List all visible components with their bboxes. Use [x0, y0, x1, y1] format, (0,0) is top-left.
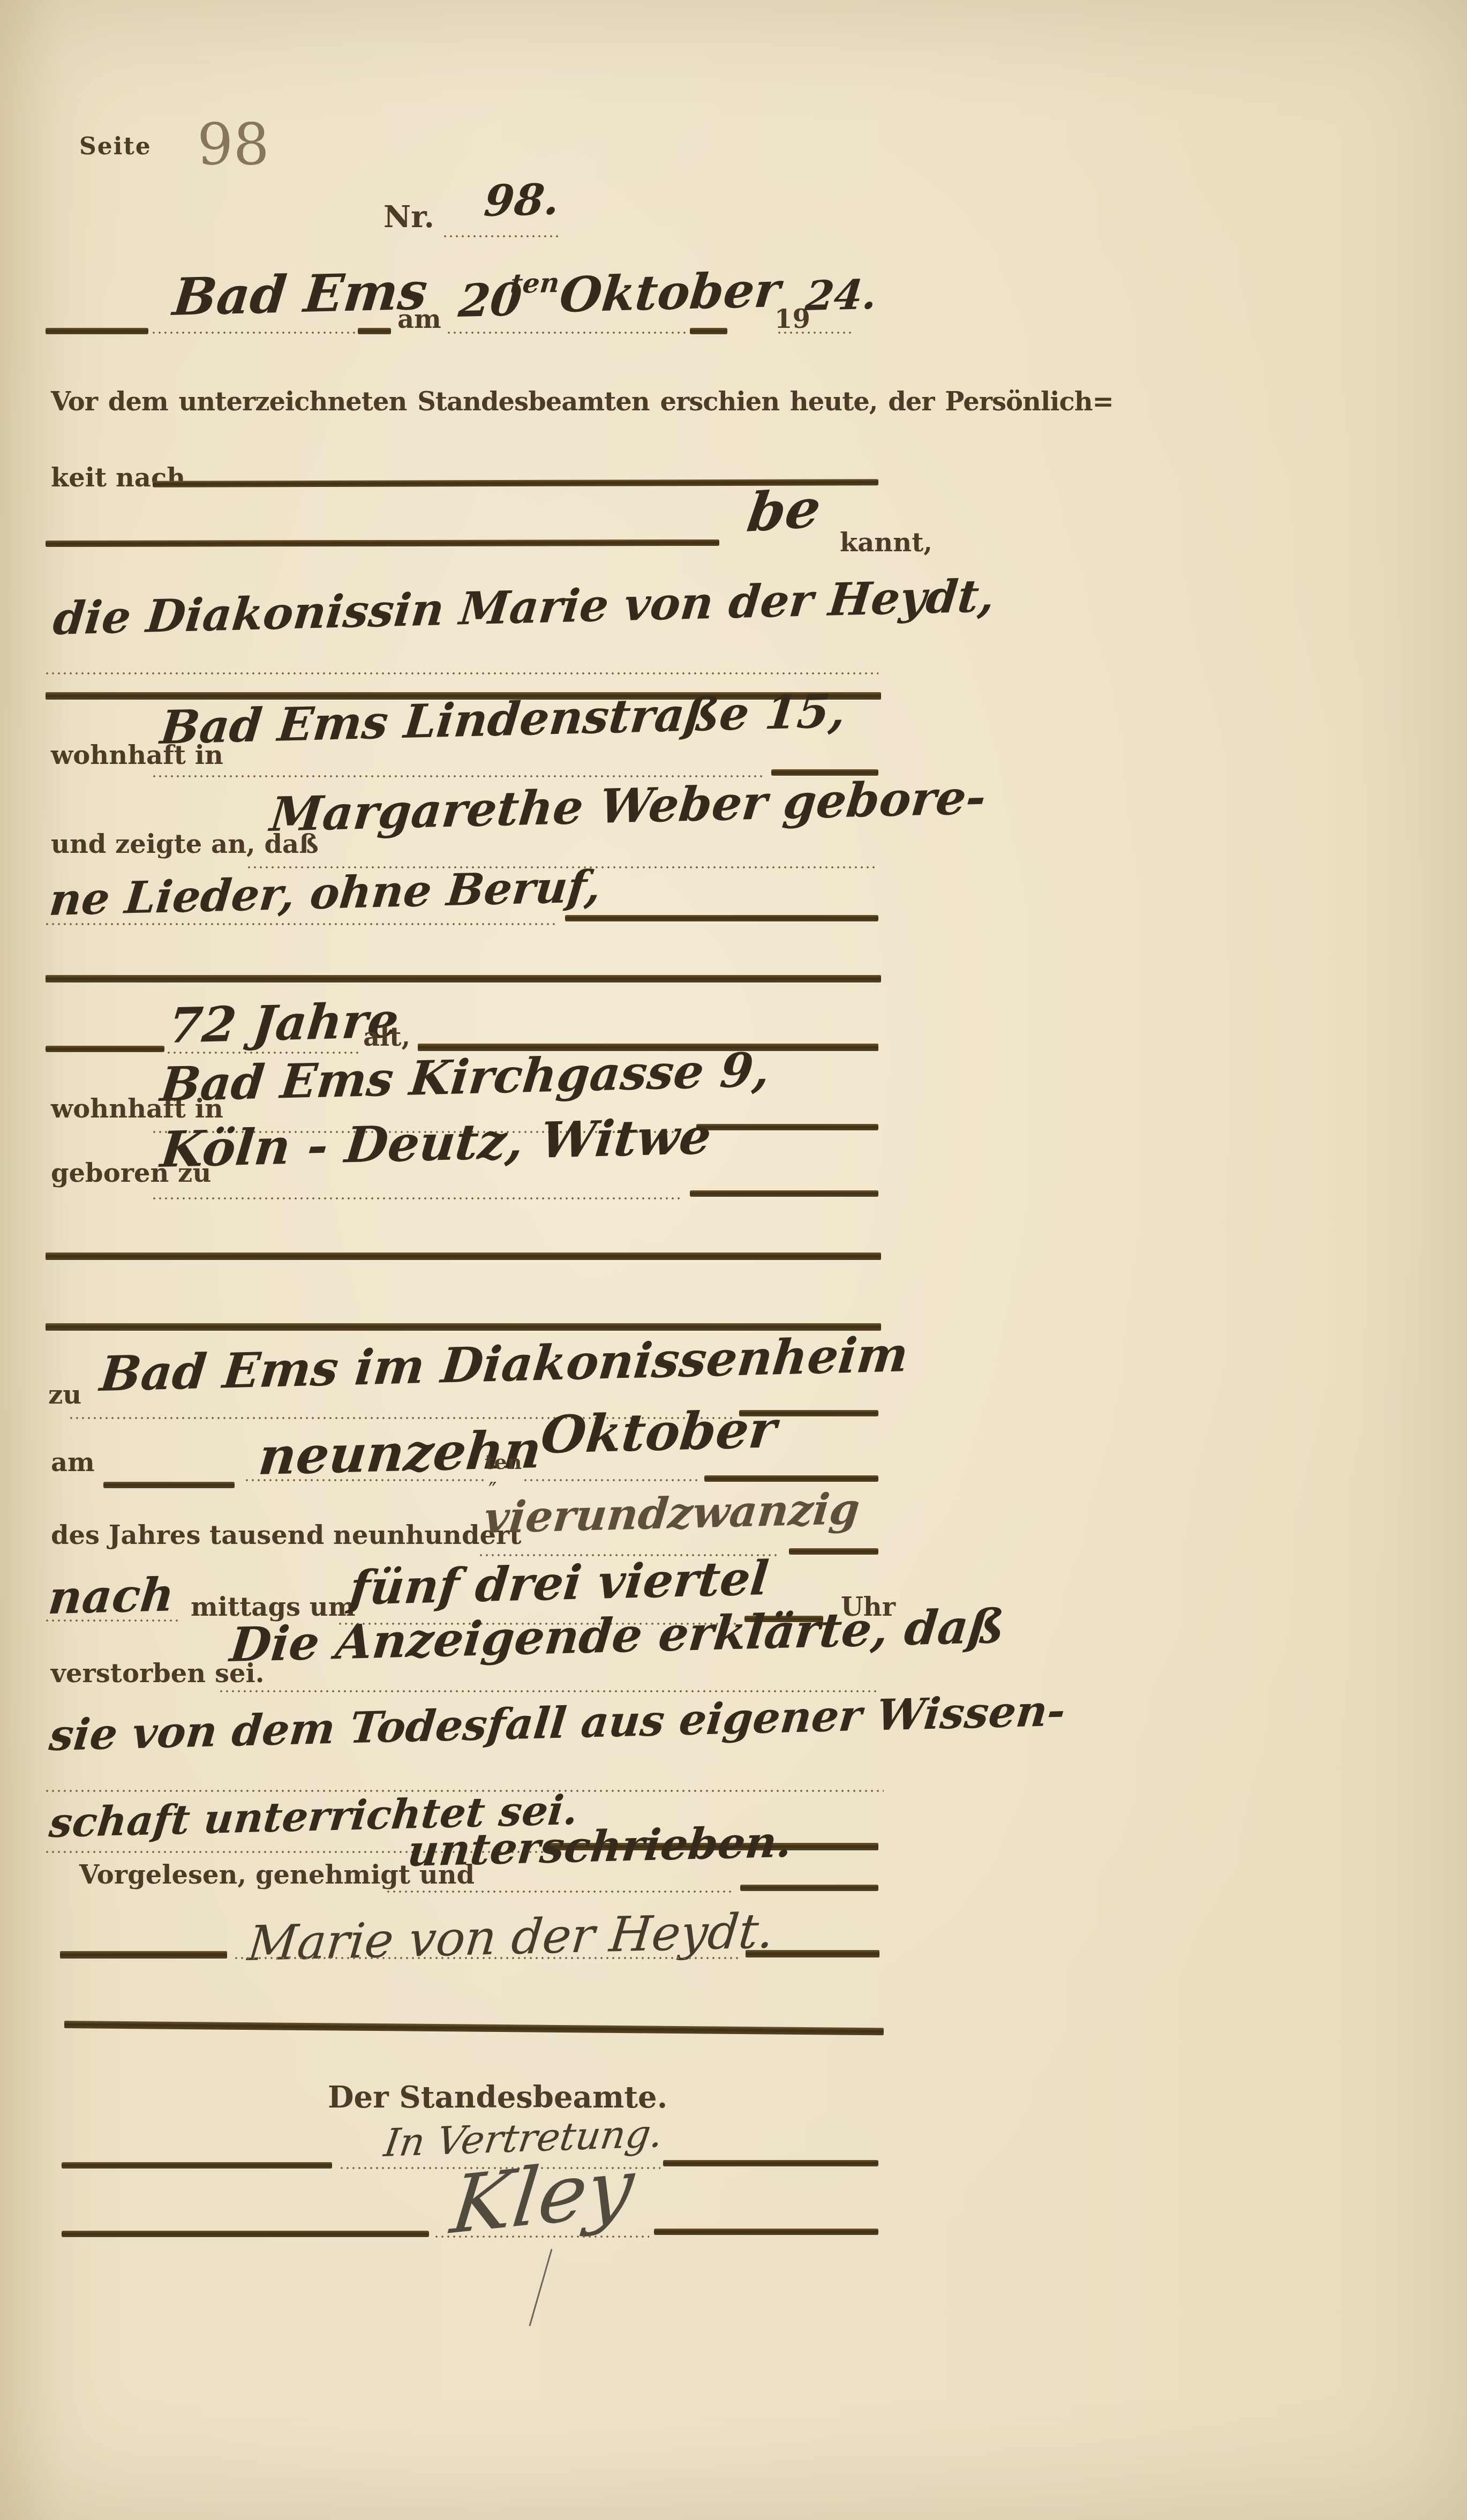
registrar-label: Der Standesbeamte. — [328, 2080, 667, 2115]
ink-line-deathdate-right — [704, 1475, 878, 1482]
ink-line-deputy-left — [62, 2162, 332, 2169]
birthplace-handwritten: Köln - Deutz, Witwe — [158, 1107, 714, 1179]
page-number: 98 — [197, 111, 269, 177]
closing-word-handwritten: unterschrieben. — [405, 1817, 794, 1876]
entry-no-value: 98. — [482, 174, 562, 226]
declarant-handwritten: die Diakonissin Marie von der Heydt, — [51, 569, 997, 645]
ink-line-dateline-mid — [358, 328, 391, 334]
deathplace-handwritten: Bad Ems im Diakonissenheim — [97, 1326, 911, 1402]
ink-fill-line-2 — [46, 539, 719, 547]
ink-line-signature-right — [746, 1950, 879, 1957]
death-year-handwritten: vierundzwanzig — [482, 1483, 862, 1543]
intro-text-line2: keit nach — [51, 463, 185, 493]
death-ordinal-label: ten — [485, 1450, 522, 1474]
ink-line-birthplace — [690, 1190, 878, 1197]
am-label: am — [397, 304, 441, 334]
death-month-handwritten: Oktober — [538, 1399, 779, 1465]
ink-line-signature-left — [60, 1951, 227, 1959]
signature-flourish — [529, 2248, 552, 2326]
age-label: alt, — [363, 1022, 410, 1052]
dotted-line-deathdate-1 — [245, 1479, 484, 1482]
ink-line-age-left — [46, 1046, 164, 1052]
death-register-page: Seite 98 Nr. 98. Bad Ems am 20 ten Oktob… — [0, 0, 1467, 2520]
statement-line2-handwritten: sie von dem Todesfall aus eigener Wissen… — [47, 1685, 1067, 1760]
date-place-handwritten: Bad Ems — [170, 260, 430, 327]
form-rule-bottom — [64, 2021, 884, 2035]
deathplace-label: zu — [48, 1380, 81, 1410]
dotted-line-dateline-3 — [778, 331, 852, 334]
dotted-line-closing — [387, 1890, 735, 1893]
ink-line-residence2 — [696, 1124, 878, 1130]
ink-line-dateline-left — [46, 328, 148, 334]
dotted-line-regsig — [435, 2235, 649, 2238]
declarant-signature: Marie von der Heydt. — [245, 1903, 777, 1972]
deathdate-label: am — [51, 1447, 95, 1477]
ink-line-deathdate-left — [103, 1482, 235, 1488]
dotted-line-deathdate-2 — [524, 1479, 701, 1482]
time-prefix-handwritten: nach — [46, 1567, 177, 1625]
dotted-line-declarant — [46, 672, 878, 675]
dotted-line-birthplace — [153, 1197, 680, 1200]
dotted-line-dateline-2 — [447, 331, 687, 334]
year-handwritten: 24. — [803, 271, 879, 320]
date-ordinal-handwritten: ten — [509, 267, 561, 299]
death-year-label: des Jahres tausend neunhundert — [51, 1520, 522, 1550]
dotted-line-entry-no — [443, 235, 560, 238]
ink-line-deceased2 — [565, 915, 878, 921]
dotted-line-signature — [235, 1956, 741, 1960]
date-month-handwritten: Oktober — [557, 261, 783, 324]
ink-line-closing — [740, 1885, 878, 1891]
dotted-line-deceased2 — [46, 922, 559, 926]
ink-line-regsig-left — [62, 2231, 429, 2237]
dotted-line-time-1 — [46, 1619, 180, 1622]
ink-line-regsig-right — [654, 2229, 878, 2235]
dotted-line-dateline-1 — [152, 331, 356, 334]
intro-text-line1: Vor dem unterzeichneten Standesbeamten e… — [51, 387, 1114, 417]
ink-line-dateline-right — [690, 328, 727, 334]
ink-line-deputy-right — [663, 2160, 878, 2166]
known-label: kannt, — [840, 528, 932, 558]
page-label: Seite — [79, 133, 152, 160]
form-rule-3 — [46, 1252, 881, 1260]
deceased-name-line2-handwritten: ne Lieder, ohne Beruf, — [47, 861, 603, 926]
known-prefix-handwritten: be — [743, 476, 825, 544]
entry-no-label: Nr. — [383, 199, 434, 235]
form-rule-2 — [46, 975, 881, 982]
ink-line-year — [789, 1548, 878, 1555]
deceased-name-line1-handwritten: Margarethe Weber gebore- — [268, 769, 989, 842]
